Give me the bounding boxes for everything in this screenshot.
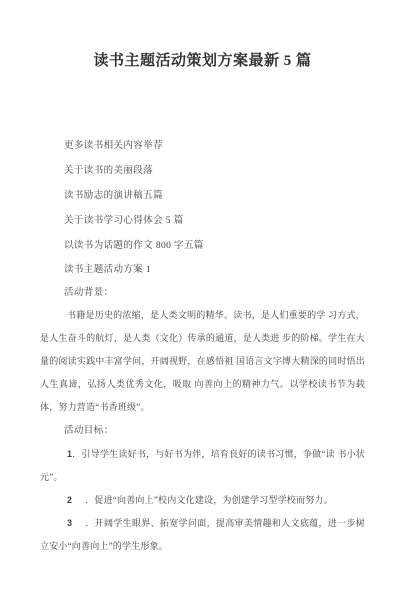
goal-item: 2．促进“向善向上”校内文化建设，为创建学习型学校而努力。 <box>40 489 365 512</box>
related-link[interactable]: 关于读书的美丽段落 <box>40 159 365 184</box>
section-heading: 读书主题活动方案 1 <box>40 259 365 282</box>
goals-list: 1．引导学生读好书，与好书为伴，培育良好的读书习惯，争做“读 书小状元”。 2．… <box>40 443 365 558</box>
document-page: 读书主题活动策划方案最新 5 篇 更多读书相关内容举荐 关于读书的美丽段落 读书… <box>0 0 405 600</box>
goals-label: 活动目标： <box>40 419 365 443</box>
related-link[interactable]: 读书励志的演讲稿五篇 <box>40 184 365 209</box>
related-link[interactable]: 关于读书学习心得体会 5 篇 <box>40 209 365 234</box>
goal-text: 促进“向善向上”校内文化建设，为创建学习型学校而努力。 <box>94 495 332 505</box>
background-label: 活动背景： <box>40 282 365 304</box>
background-paragraph: 书籍是历史的浓缩，是人类文明的精华。读书，是人们重要的学 习方式，是人生奋斗的航… <box>40 304 365 419</box>
related-section: 更多读书相关内容举荐 关于读书的美丽段落 读书励志的演讲稿五篇 关于读书学习心得… <box>40 134 365 259</box>
goal-item: 1．引导学生读好书，与好书为伴，培育良好的读书习惯，争做“读 书小状元”。 <box>40 443 365 489</box>
goal-number: 2 <box>67 495 72 505</box>
related-link[interactable]: 以读书为话题的作文 800 字五篇 <box>40 234 365 259</box>
goal-item: 3．开阔学生眼界、拓宽学问面，提高审美情趣和人文底蕴，进一步树立安小“向善向上”… <box>40 512 365 558</box>
document-content: 读书主题活动策划方案最新 5 篇 更多读书相关内容举荐 关于读书的美丽段落 读书… <box>0 0 405 558</box>
related-header: 更多读书相关内容举荐 <box>40 134 365 159</box>
goal-separator: ． <box>85 518 94 528</box>
goal-text: 引导学生读好书，与好书为伴，培育良好的读书习惯，争做“读 书小状元”。 <box>40 449 365 482</box>
goal-number: 3 <box>67 518 72 528</box>
page-title: 读书主题活动策划方案最新 5 篇 <box>40 48 365 74</box>
